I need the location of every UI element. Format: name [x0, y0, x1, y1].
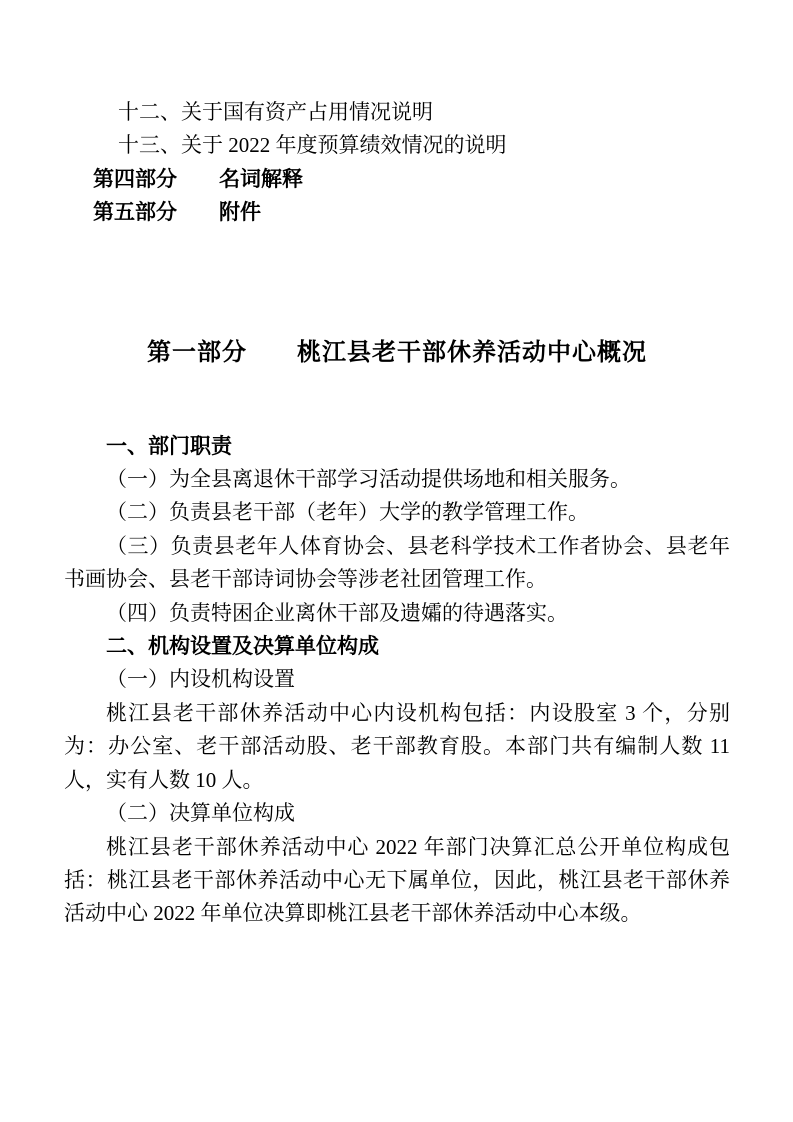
- body-paragraph: （一）内设机构设置: [64, 663, 730, 696]
- body-paragraph: 桃江县老干部休养活动中心内设机构包括：内设股室 3 个，分别为：办公室、老干部活…: [64, 697, 730, 797]
- body-paragraph: （二）负责县老干部（老年）大学的教学管理工作。: [64, 496, 730, 529]
- toc-entry-12: 十二、关于国有资产占用情况说明: [64, 96, 730, 129]
- section-heading-structure: 二、机构设置及决算单位构成: [64, 630, 730, 663]
- toc-part-4-heading: 第四部分 名词解释: [64, 163, 730, 196]
- page-content: 十二、关于国有资产占用情况说明 十三、关于 2022 年度预算绩效情况的说明 第…: [64, 96, 730, 931]
- part-one-body: 一、部门职责 （一）为全县离退休干部学习活动提供场地和相关服务。 （二）负责县老…: [64, 430, 730, 931]
- body-paragraph: （二）决算单位构成: [64, 797, 730, 830]
- document-page: 十二、关于国有资产占用情况说明 十三、关于 2022 年度预算绩效情况的说明 第…: [0, 0, 793, 1122]
- body-paragraph: （四）负责特困企业离休干部及遗孀的待遇落实。: [64, 597, 730, 630]
- toc-entry-13: 十三、关于 2022 年度预算绩效情况的说明: [64, 129, 730, 162]
- part-one-title: 第一部分 桃江县老干部休养活动中心概况: [64, 330, 730, 376]
- body-paragraph: （一）为全县离退休干部学习活动提供场地和相关服务。: [64, 463, 730, 496]
- body-paragraph: （三）负责县老年人体育协会、县老科学技术工作者协会、县老年书画协会、县老干部诗词…: [64, 530, 730, 597]
- toc-part-5-heading: 第五部分 附件: [64, 196, 730, 229]
- body-paragraph: 桃江县老干部休养活动中心 2022 年部门决算汇总公开单位构成包括：桃江县老干部…: [64, 831, 730, 931]
- section-heading-duties: 一、部门职责: [64, 430, 730, 463]
